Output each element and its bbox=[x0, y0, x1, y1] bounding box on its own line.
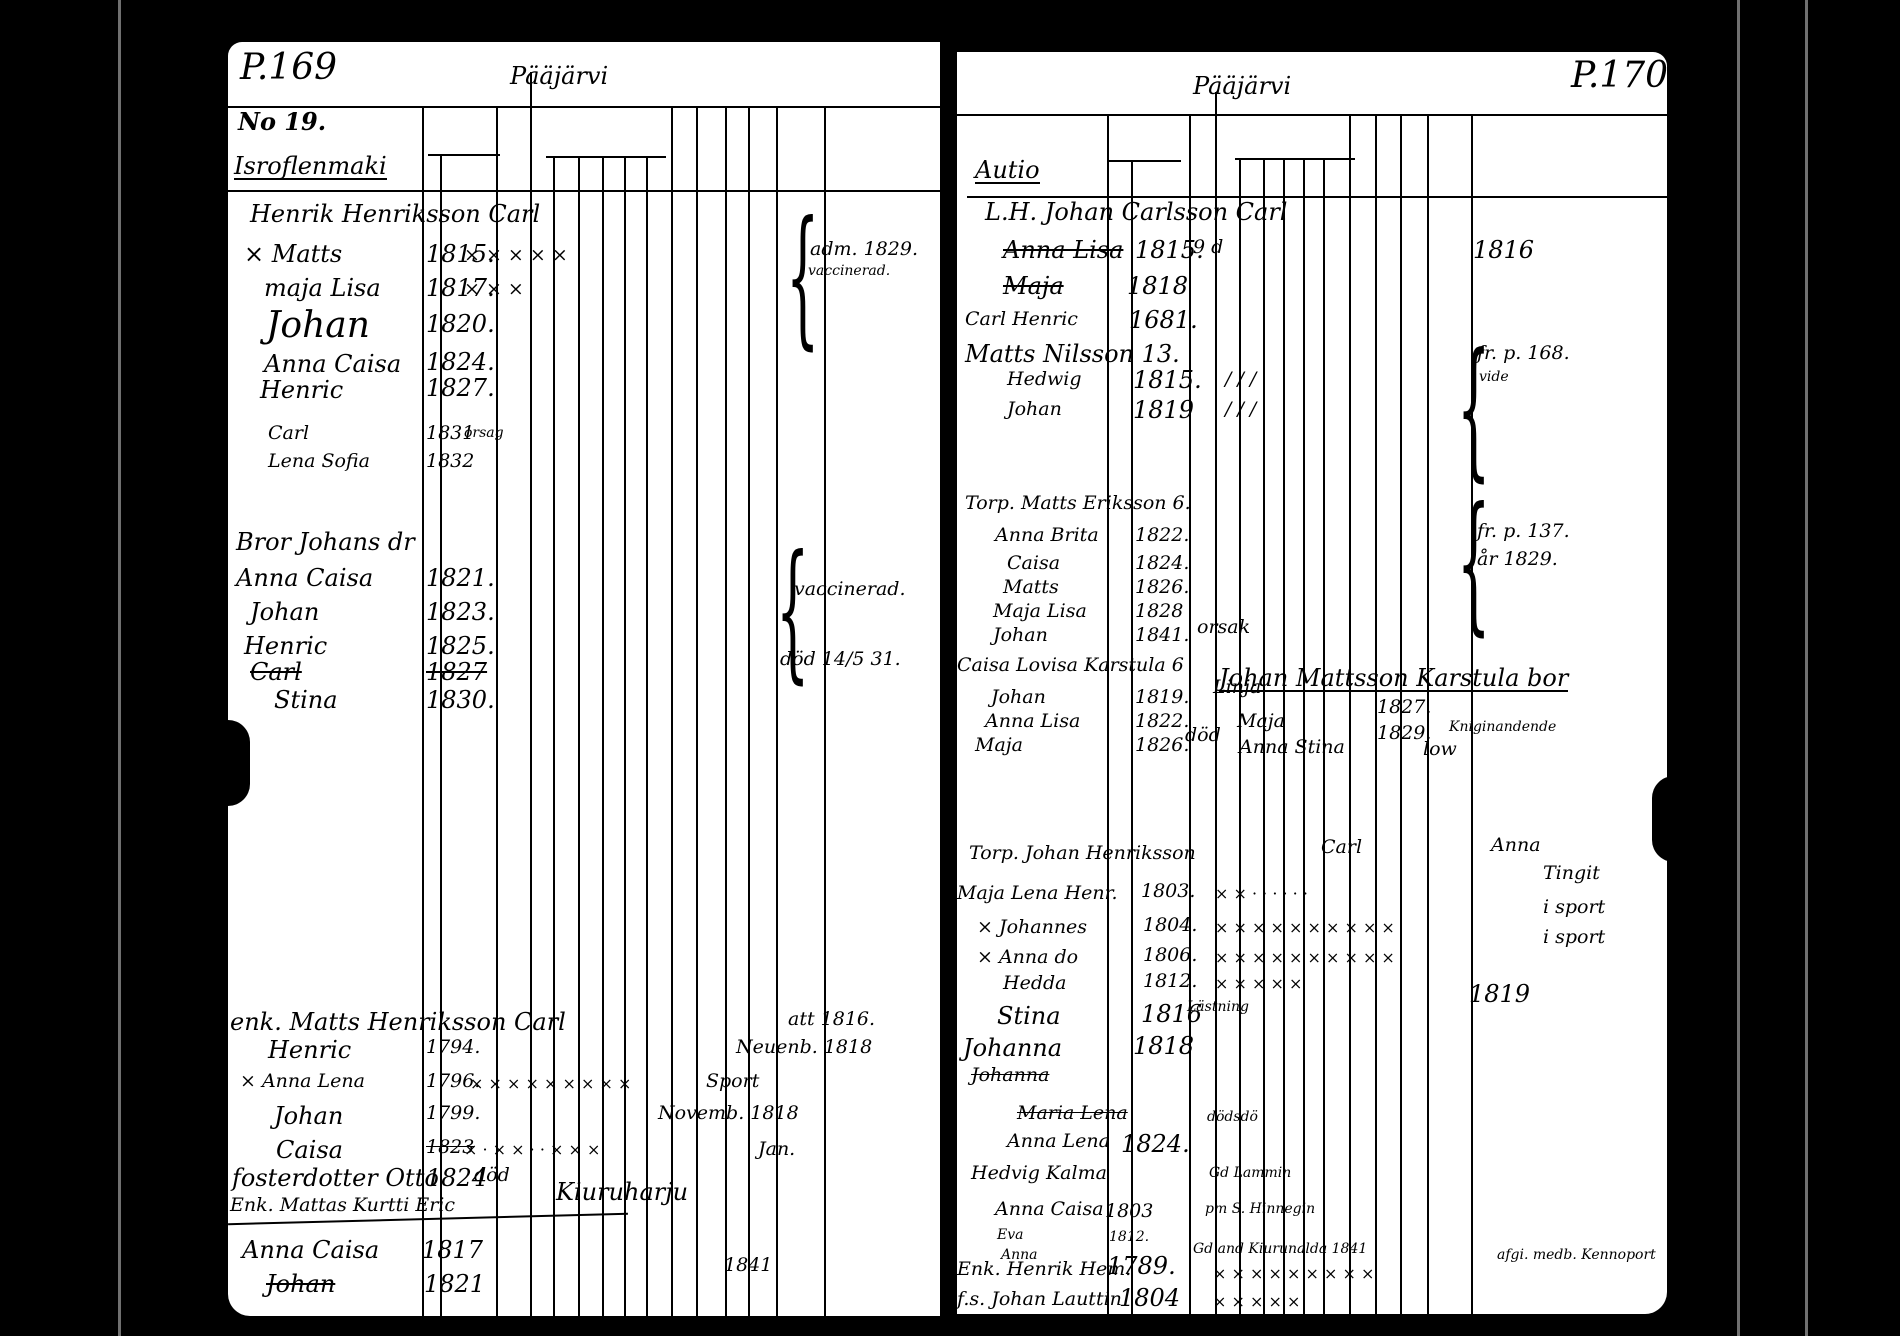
entry-name: Caisa bbox=[1007, 554, 1060, 573]
entry-name: Stina bbox=[997, 1004, 1061, 1028]
entry-name: × Matts bbox=[244, 242, 342, 266]
entry-name: Maja bbox=[975, 736, 1023, 755]
entry-year: 1841. bbox=[1135, 626, 1189, 645]
col-subrule bbox=[428, 154, 500, 156]
entry-name: Carl bbox=[268, 424, 309, 443]
village-heading: Pääjärvi bbox=[1193, 74, 1291, 98]
farm-name: Isroflenmaki bbox=[234, 154, 387, 180]
header-rule bbox=[228, 106, 940, 108]
entry-year: 1823. bbox=[426, 600, 495, 624]
side-year: 1816 bbox=[1473, 238, 1534, 262]
final-row-year: 1789. bbox=[1107, 1254, 1176, 1278]
entry-name: Hedda bbox=[1003, 974, 1066, 993]
entry-name: Matts bbox=[1003, 578, 1059, 597]
entry-name: Maja bbox=[1237, 712, 1285, 731]
mark-x: × × · · · · · · bbox=[1215, 886, 1308, 902]
entry-year: 1819 bbox=[1133, 398, 1194, 422]
entry-note: död bbox=[474, 1166, 510, 1185]
mark-x: × × × × × × × × × × bbox=[1215, 950, 1395, 966]
entry-name: Anna Caisa bbox=[242, 1238, 379, 1262]
entry-note: Tingit bbox=[1543, 864, 1600, 883]
household-5: Torp. Johan Henriksson bbox=[969, 844, 1196, 863]
final-household: Enk. Mattas Kurtti Eric bbox=[230, 1196, 455, 1215]
entry-note: pm S. Hinnegin bbox=[1205, 1202, 1315, 1216]
entry-name: maja Lisa bbox=[264, 276, 381, 300]
entry-year: 1821 bbox=[424, 1272, 485, 1296]
entry-year: 1832 bbox=[426, 452, 474, 471]
final-row-name: f.s. Johan Lauttin bbox=[957, 1290, 1122, 1309]
household-head: Henrik Henriksson Carl bbox=[250, 202, 540, 226]
entry-name: Maja bbox=[1003, 274, 1064, 298]
vaccination-note: vaccinerad. bbox=[808, 264, 890, 278]
column-line bbox=[671, 106, 673, 1316]
entry-name: Anna Lisa bbox=[985, 712, 1080, 731]
entry-name: Anna Caisa bbox=[995, 1200, 1104, 1219]
entry-note: Lästning bbox=[1187, 1000, 1249, 1014]
mark-x: × × × × × bbox=[1215, 976, 1302, 992]
cross-reference-note: vide bbox=[1479, 370, 1509, 384]
entry-year: 1821. bbox=[426, 566, 495, 590]
entry-note: Gd Lammin bbox=[1209, 1166, 1291, 1180]
entry-note: low bbox=[1423, 740, 1457, 759]
entry-year: 1681. bbox=[1129, 308, 1198, 332]
entry-name: × Anna do bbox=[977, 948, 1078, 967]
entry-note: dödsdö bbox=[1207, 1110, 1258, 1124]
column-line bbox=[422, 106, 424, 1316]
entry-note: orsak bbox=[1197, 618, 1250, 637]
entry-year: 1799. bbox=[426, 1104, 480, 1123]
vaccination-note: vaccinerad. bbox=[794, 580, 906, 599]
binding-notch-left bbox=[206, 720, 250, 806]
section-heading: Autio bbox=[975, 158, 1040, 184]
entry-name: Anna Caisa bbox=[264, 352, 401, 376]
entry-name: fosterdotter Otto bbox=[232, 1166, 439, 1190]
column-line bbox=[646, 156, 648, 1316]
stray-note: att 1816. bbox=[788, 1010, 875, 1029]
mark-x: × × × × × × × × × bbox=[1213, 1266, 1374, 1282]
entry-year: 1803. bbox=[1141, 882, 1195, 901]
mark-x: × × × × × × × × × × bbox=[1215, 920, 1395, 936]
final-row-side: afgi. medb. Kennoport bbox=[1497, 1248, 1656, 1262]
entry-name: Anna Stina bbox=[1239, 738, 1345, 757]
heading-rule bbox=[228, 190, 940, 192]
entry-year: 1803 bbox=[1105, 1202, 1153, 1221]
column-line bbox=[1471, 114, 1473, 1314]
household-3: Torp. Matts Eriksson 6. bbox=[965, 494, 1191, 513]
entry-note: Kniginandende bbox=[1449, 720, 1556, 734]
entry-year: 1815. bbox=[1133, 368, 1202, 392]
col-subrule-2 bbox=[1235, 158, 1355, 160]
entry-note: orsag bbox=[464, 426, 504, 440]
entry-name: Henric bbox=[244, 634, 327, 658]
entry-name: Johan bbox=[1007, 400, 1062, 419]
entry-name: Henric bbox=[260, 378, 343, 402]
entry-year: 1826. bbox=[1135, 578, 1189, 597]
entry-year: 1819. bbox=[1135, 688, 1189, 707]
entry-year: 1827. bbox=[1377, 698, 1431, 717]
entry-year: 1826. bbox=[1135, 736, 1189, 755]
entry-year: 1822. bbox=[1135, 712, 1189, 731]
entry-name: Anna Lisa bbox=[1003, 238, 1123, 262]
entry-name: Henric bbox=[268, 1038, 351, 1062]
entry-name: Lena Sofia bbox=[268, 452, 370, 471]
column-line bbox=[748, 106, 750, 1316]
entry-year: 1822. bbox=[1135, 526, 1189, 545]
entry-name: Johan bbox=[266, 1272, 335, 1296]
entry-name: Anna Brita bbox=[995, 526, 1099, 545]
entry-note: Jan. bbox=[758, 1140, 795, 1159]
film-edge-right bbox=[1737, 0, 1740, 1336]
village-heading: Pääjärvi bbox=[510, 64, 608, 88]
cross-reference-note: år 1829. bbox=[1477, 550, 1558, 569]
col-subrule bbox=[1109, 160, 1181, 162]
entry-name-struck: Carl bbox=[250, 660, 302, 684]
second-household: Bror Johans dr bbox=[236, 530, 415, 554]
entry-year: 1806. bbox=[1143, 946, 1197, 965]
entry-name-struck: Maria Lena bbox=[1017, 1104, 1128, 1123]
entry-note: död bbox=[1185, 726, 1221, 745]
entry-year: 1824. bbox=[1135, 554, 1189, 573]
column-line bbox=[696, 106, 698, 1316]
entry-note: Novemb. 1818 bbox=[658, 1104, 799, 1123]
final-row-note: Gd and Kiurunalda 1841 bbox=[1193, 1242, 1367, 1256]
entry-name: Maja Lena Henr. bbox=[957, 884, 1118, 903]
col-subrule-2 bbox=[546, 156, 666, 158]
entry-marks: × × × bbox=[464, 280, 524, 299]
entry-name: Caisa bbox=[276, 1138, 343, 1162]
entry-year: 1817 bbox=[422, 1238, 483, 1262]
household-2: Matts Nilsson 13. bbox=[965, 342, 1180, 366]
entry-name: Johan bbox=[274, 1104, 343, 1128]
entry-name: × Anna Lena bbox=[240, 1072, 365, 1091]
column-line bbox=[725, 106, 727, 1316]
film-edge-right-2 bbox=[1805, 0, 1808, 1336]
entry-name: Johan bbox=[991, 688, 1046, 707]
entry-year: 1818 bbox=[1127, 274, 1188, 298]
page-number: P.170 bbox=[1571, 58, 1668, 94]
entry-name: Anna Caisa bbox=[236, 566, 373, 590]
column-line bbox=[1215, 92, 1217, 1314]
entry-year: 1830. bbox=[426, 688, 495, 712]
entry-name: Johan bbox=[250, 600, 319, 624]
entry-marks: × × × × × bbox=[464, 246, 568, 265]
entry-note: 1841 bbox=[724, 1256, 772, 1275]
column-line bbox=[602, 156, 604, 1316]
entry-name: × Johannes bbox=[977, 918, 1087, 937]
entry-marks: / / / bbox=[1225, 370, 1256, 389]
household-5-note: Carl bbox=[1321, 838, 1362, 857]
entry-name: Eva bbox=[997, 1228, 1023, 1242]
column-line bbox=[824, 106, 826, 1316]
household-head: L.H. Johan Carlsson Carl bbox=[985, 200, 1287, 224]
entry-year: 1818 bbox=[1133, 1034, 1194, 1058]
entry-year: 1828 bbox=[1135, 602, 1183, 621]
admin-note: adm. 1829. bbox=[810, 240, 918, 259]
entry-name: Johan bbox=[993, 626, 1048, 645]
left-page: P.169 Pääjärvi No 19. Isroflenmaki Henri… bbox=[228, 42, 940, 1316]
household-4: Caisa Lovisa Karstula 6 bbox=[957, 656, 1184, 675]
entry-year: 1824. bbox=[1121, 1132, 1190, 1156]
entry-year: 1812. bbox=[1109, 1230, 1149, 1244]
entry-note: Sport bbox=[706, 1072, 759, 1091]
lower-household: enk. Matts Henriksson Carl bbox=[230, 1010, 566, 1034]
header-rule bbox=[957, 114, 1667, 116]
place-note: Kiuruharju bbox=[556, 1180, 688, 1204]
right-page: P.170 Pääjärvi Autio L.H. Johan Carlsson… bbox=[957, 52, 1667, 1314]
page-number: P.169 bbox=[240, 50, 337, 86]
entry-name: Hedwig bbox=[1007, 370, 1081, 389]
entry-year: 1804. bbox=[1143, 916, 1197, 935]
binding-notch-right bbox=[1652, 776, 1696, 862]
cross-reference: fr. p. 137. bbox=[1477, 522, 1570, 541]
book-gutter bbox=[940, 30, 957, 1336]
entry-note: 9 d bbox=[1193, 238, 1223, 257]
entry-name: Johan bbox=[266, 308, 370, 344]
inline-household: Johan Mattsson Karstula bor bbox=[1219, 666, 1568, 692]
mark-x: × · × × · · × × × bbox=[464, 1142, 600, 1158]
entry-year: 1827. bbox=[426, 376, 495, 400]
mark-x: × × × × × × × × × bbox=[470, 1076, 631, 1092]
entry-year-struck: 1827 bbox=[426, 660, 487, 684]
entry-name: Stina bbox=[274, 688, 338, 712]
entry-year: 1820. bbox=[426, 312, 495, 336]
entry-note: Neuenb. 1818 bbox=[736, 1038, 872, 1057]
entry-name-struck: Johanna bbox=[971, 1066, 1049, 1085]
entry-name: Hedvig Kalma bbox=[971, 1164, 1107, 1183]
cross-reference: fr. p. 168. bbox=[1477, 344, 1570, 363]
death-note: död 14/5 31. bbox=[780, 650, 901, 669]
entry-note: i sport bbox=[1543, 898, 1605, 917]
mark-x: × × × × × bbox=[1213, 1294, 1300, 1310]
household-5-note-2: Anna bbox=[1491, 836, 1541, 855]
entry-marks: / / / bbox=[1225, 400, 1256, 419]
final-row-name: Enk. Henrik Hem. bbox=[957, 1260, 1131, 1279]
column-line bbox=[624, 156, 626, 1316]
entry-name: Maja Lisa bbox=[993, 602, 1087, 621]
column-line bbox=[1349, 114, 1351, 1314]
film-edge-left bbox=[118, 0, 121, 1336]
entry-year: 1794. bbox=[426, 1038, 480, 1057]
final-row-year: 1804 bbox=[1119, 1286, 1180, 1310]
entry-name: Anna Lena bbox=[1007, 1132, 1110, 1151]
entry-year: 1812. bbox=[1143, 972, 1197, 991]
entry-name: Johanna bbox=[963, 1036, 1062, 1060]
entry-name: Carl Henric bbox=[965, 310, 1078, 329]
column-line bbox=[776, 106, 778, 1316]
entry-year: 1825. bbox=[426, 634, 495, 658]
side-year: 1819 bbox=[1469, 982, 1530, 1006]
entry-note: i sport bbox=[1543, 928, 1605, 947]
entry-year: 1824. bbox=[426, 350, 495, 374]
farm-number: No 19. bbox=[238, 110, 326, 134]
